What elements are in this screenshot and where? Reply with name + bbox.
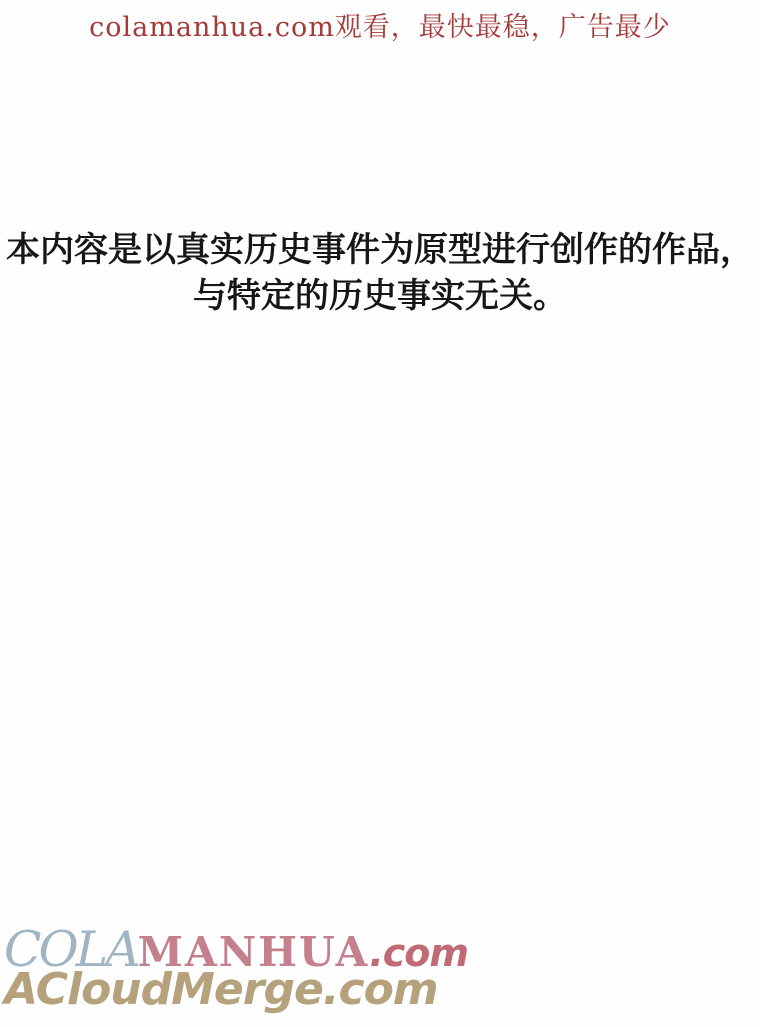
watermark-acloudmerge: ACloudMerge.com — [4, 968, 424, 1012]
watermark-block: COLAMANHUA.com ACloudMerge.com — [4, 925, 424, 1012]
disclaimer-line-1: 本内容是以真实历史事件为原型进行创作的作品， — [0, 227, 760, 273]
comic-page: colamanhua.com观看，最快最稳，广告最少 本内容是以真实历史事件为原… — [0, 0, 760, 1027]
disclaimer-text: 本内容是以真实历史事件为原型进行创作的作品， 与特定的历史事实无关。 — [0, 227, 760, 319]
site-promo-banner: colamanhua.com观看，最快最稳，广告最少 — [0, 5, 760, 44]
disclaimer-line-2: 与特定的历史事实无关。 — [0, 273, 760, 319]
